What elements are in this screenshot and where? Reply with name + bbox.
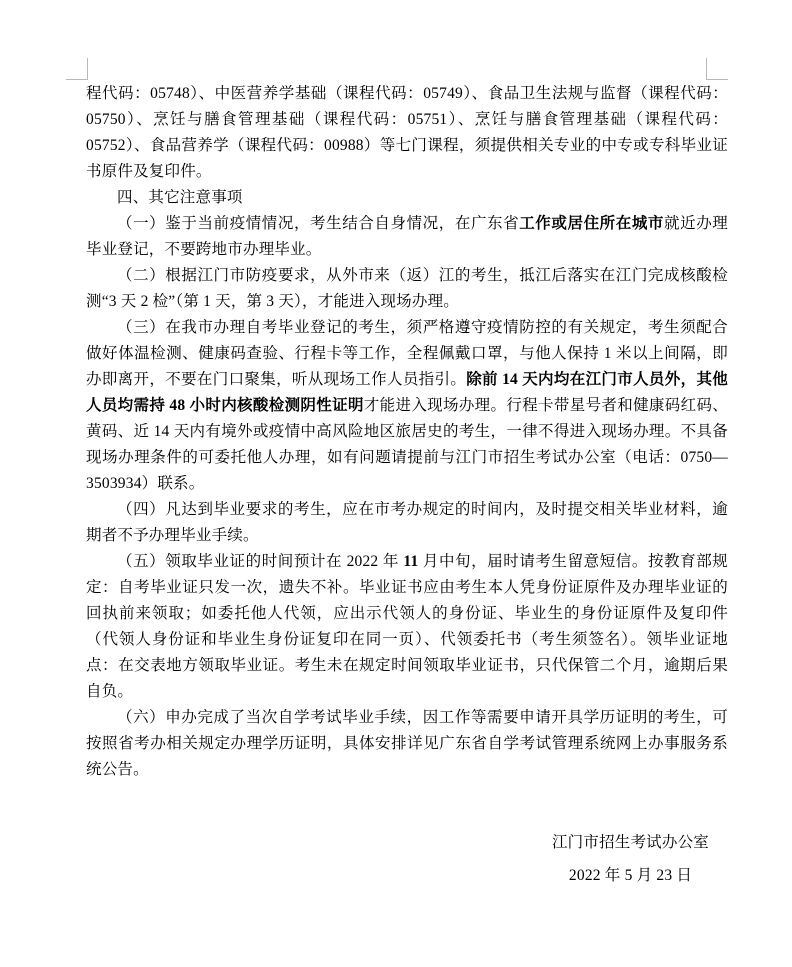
paragraph: 四、其它注意事项 (86, 185, 728, 211)
paragraph: （四）凡达到毕业要求的考生，应在市考办规定的时间内，及时提交相关毕业材料，逾期者… (86, 497, 728, 549)
paragraph: （一）鉴于当前疫情情况，考生结合自身情况，在广东省工作或居住所在城市就近办理毕业… (86, 211, 728, 263)
signature-organization: 江门市招生考试办公室 (552, 826, 709, 859)
text-run: （六）申办完成了当次自学考试毕业手续，因工作等需要申请开具学历证明的考生，可按照… (86, 709, 728, 778)
signature-block: 江门市招生考试办公室 2022 年 5 月 23 日 (552, 826, 709, 892)
paragraphs-container: 程代码：05748）、中医营养学基础（课程代码：05749）、食品卫生法规与监督… (86, 81, 728, 783)
document-body: 程代码：05748）、中医营养学基础（课程代码：05749）、食品卫生法规与监督… (86, 81, 728, 892)
paragraph: （五）领取毕业证的时间预计在 2022 年 11 月中旬，届时请考生留意短信。按… (86, 549, 728, 705)
paragraph: 程代码：05748）、中医营养学基础（课程代码：05749）、食品卫生法规与监督… (86, 81, 728, 185)
text-run: （五）领取毕业证的时间预计在 2022 年 (117, 553, 403, 570)
text-boundary-mark-top-right (706, 58, 728, 80)
signature-date: 2022 年 5 月 23 日 (552, 859, 709, 892)
document-page: 程代码：05748）、中医营养学基础（课程代码：05749）、食品卫生法规与监督… (0, 0, 792, 967)
text-run: 四、其它注意事项 (117, 189, 243, 206)
paragraph: （三）在我市办理自考毕业登记的考生，须严格遵守疫情防控的有关规定，考生须配合做好… (86, 315, 728, 497)
text-run: 月中旬，届时请考生留意短信。按教育部规定：自考毕业证只发一次，遗失不补。毕业证书… (86, 553, 728, 700)
text-boundary-mark-top-left (66, 58, 88, 80)
text-run: （二）根据江门市防疫要求，从外市来（返）江的考生，抵江后落实在江门完成核酸检测“… (86, 267, 728, 310)
paragraph: （二）根据江门市防疫要求，从外市来（返）江的考生，抵江后落实在江门完成核酸检测“… (86, 263, 728, 315)
text-run: （一）鉴于当前疫情情况，考生结合自身情况，在广东省 (117, 215, 519, 232)
text-run: 程代码：05748）、中医营养学基础（课程代码：05749）、食品卫生法规与监督… (86, 85, 728, 180)
bold-text-run: 工作或居住所在城市 (519, 215, 664, 232)
text-run: （四）凡达到毕业要求的考生，应在市考办规定的时间内，及时提交相关毕业材料，逾期者… (86, 501, 728, 544)
paragraph: （六）申办完成了当次自学考试毕业手续，因工作等需要申请开具学历证明的考生，可按照… (86, 705, 728, 783)
bold-text-run: 11 (403, 553, 418, 570)
